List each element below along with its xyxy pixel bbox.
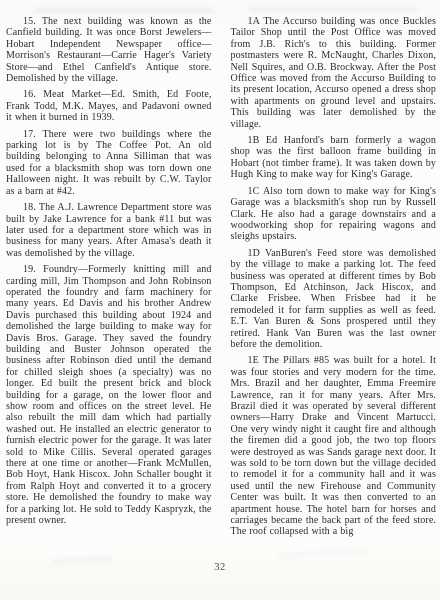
paragraph-1b: 1B Ed Hanford's barn formerly a wagon sh…	[231, 135, 437, 181]
paragraph-1d: 1D VanBuren's Feed store was demolished …	[231, 248, 437, 351]
text-columns: 15. The next building was known as the C…	[6, 16, 436, 538]
scan-smudge	[34, 8, 214, 13]
paragraph-1a: 1A The Accurso building was once Buckles…	[231, 16, 437, 130]
paragraph-15: 15. The next building was known as the C…	[6, 16, 212, 84]
right-column: 1A The Accurso building was once Buckles…	[231, 16, 437, 538]
page-number: 32	[0, 562, 440, 573]
paragraph-17: 17. There were two buildings where the p…	[6, 129, 212, 197]
left-column: 15. The next building was known as the C…	[6, 16, 212, 538]
scan-smudge	[248, 7, 418, 12]
scanned-book-page: 15. The next building was known as the C…	[0, 0, 440, 600]
paragraph-19: 19. Foundry—Formerly knitting mill and c…	[6, 264, 212, 526]
paragraph-1c: 1C Also torn down to make way for King's…	[231, 186, 437, 243]
paragraph-16: 16. Meat Market—Ed. Smith, Ed Foote, Fra…	[6, 89, 212, 123]
paragraph-1e: 1E The Pillars #85 was built for a hotel…	[231, 355, 437, 538]
paragraph-18: 18. The A.J. Lawrence Department store w…	[6, 202, 212, 259]
scan-smudge	[278, 549, 368, 558]
